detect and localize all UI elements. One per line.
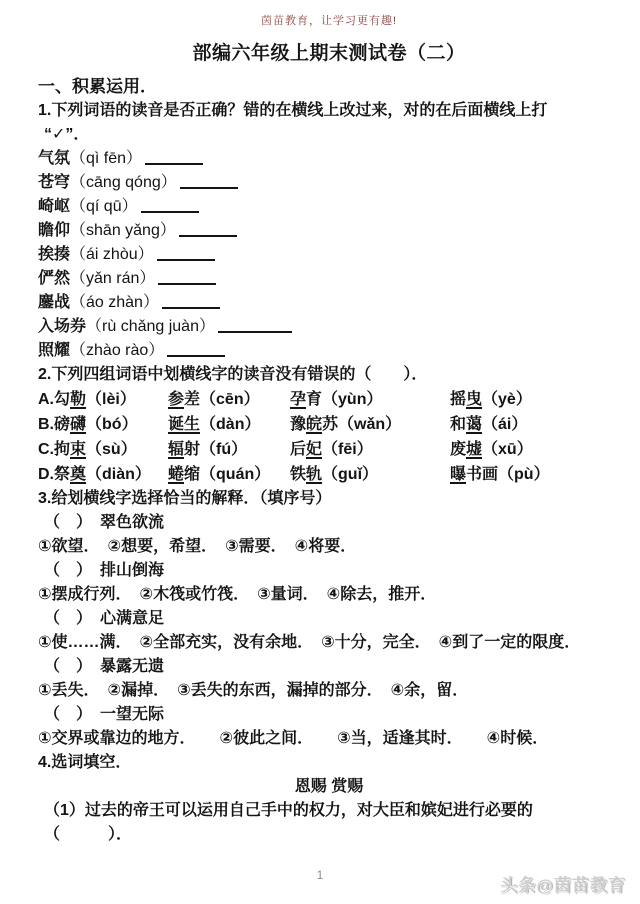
answer-paren: （ ） [44,658,92,675]
q4-word-bank: 恩赐 赏赐 [38,775,620,799]
q1-pinyin: （rù chǎng juàn） [86,318,215,335]
section-heading: 一、积累运用． [38,74,620,99]
q1-item: 苍穹（cāng qóng） [38,171,620,195]
q2-prompt: 2.下列四组词语中划横线字的读音没有错误的（ ）． [38,363,620,387]
q1-pinyin: （cāng qóng） [70,174,177,191]
q3-choices-line: ①交界或靠边的地方． ②彼此之间． ③当，适逢其时． ④时候． [38,727,620,751]
q3-idiom-line: （ ）排山倒海 [38,559,620,583]
q2-cell: 铁轨（guǐ） [290,462,450,487]
idiom-text: 翠色欲流 [100,514,164,531]
answer-blank [141,197,199,213]
q1-pinyin: （qì fēn） [70,150,142,167]
watermark: 头条@茵苗教育 [500,871,626,896]
underlined-char: 孕 [290,391,306,408]
q2-cell: 孕育（yùn） [290,387,450,412]
underlined-char: 辐 [168,441,184,458]
underlined-char: 妃 [306,441,322,458]
q3-idiom-line: （ ）翠色欲流 [38,511,620,535]
underlined-char: 蔼 [466,416,482,433]
q1-item: 入场券（rù chǎng juàn） [38,315,620,339]
answer-blank [167,341,225,357]
q4-prompt: 4.选词填空． [38,751,620,775]
q2-cell: 和蔼（ái） [450,412,620,437]
q2-cell: C.拘束（sù） [38,437,168,462]
q1-prompt-line2: “✓”． [38,123,620,147]
idiom-text: 心满意足 [100,610,164,627]
q1-prompt-line1: 1.下列词语的读音是否正确？错的在横线上改过来，对的在后面横线上打 [38,99,620,123]
underlined-char: 曳 [466,391,482,408]
q2-cell: 辐射（fú） [168,437,290,462]
q1-pinyin: （zhào rào） [70,342,164,359]
answer-blank [158,269,216,285]
idiom-text: 一望无际 [100,706,164,723]
answer-paren: （ ） [44,514,92,531]
q4-answer-line: （ ）． [38,823,620,847]
q1-item: 鏖战（áo zhàn） [38,291,620,315]
underlined-char: 曝 [450,466,466,483]
answer-blank [218,317,292,333]
answer-blank [179,221,237,237]
underlined-char: 奠 [70,466,86,483]
q3-choices-line: ①丢失． ②漏掉． ③丢失的东西，漏掉的部分． ④余，留． [38,679,620,703]
q3-choices-line: ①使……满． ②全部充实，没有余地． ③十分，完全． ④到了一定的限度． [38,631,620,655]
q1-pinyin: （yǎn rán） [70,270,155,287]
q1-word: 崎岖 [38,198,70,215]
q2-cell: 参差（cēn） [168,387,290,412]
underlined-char: 皖 [306,416,322,433]
q1-word: 苍穹 [38,174,70,191]
idiom-text: 暴露无遗 [100,658,164,675]
q1-item: 瞻仰（shān yǎng） [38,219,620,243]
q1-pinyin: （áo zhàn） [70,294,159,311]
q2-cell: 后妃（fēi） [290,437,450,462]
answer-paren: （ ） [44,562,92,579]
answer-blank [180,173,238,189]
q2-cell: B.磅礴（bó） [38,412,168,437]
q1-word: 瞻仰 [38,222,70,239]
q3-idiom-line: （ ）一望无际 [38,703,620,727]
q1-pinyin: （shān yǎng） [70,222,176,239]
q2-cell: D.祭奠（diàn） [38,462,168,487]
q1-word: 气氛 [38,150,70,167]
q3-choices-line: ①欲望． ②想要，希望． ③需要． ④将要． [38,535,620,559]
q1-item: 挨揍（ái zhòu） [38,243,620,267]
q3-idiom-line: （ ）暴露无遗 [38,655,620,679]
page-content: 茵苗教育，让学习更有趣! 部编六年级上期末测试卷（二） 一、积累运用． 1.下列… [0,0,640,847]
q2-row-d: D.祭奠（diàn） 蜷缩（quán） 铁轨（guǐ） 曝书画（pù） [38,462,620,487]
answer-paren: （ ） [44,610,92,627]
q1-pinyin: （ái zhòu） [70,246,154,263]
q2-row-c: C.拘束（sù） 辐射（fú） 后妃（fēi） 废墟（xū） [38,437,620,462]
underlined-char: 礴 [70,416,86,433]
q1-item: 俨然（yǎn rán） [38,267,620,291]
q1-word: 挨揍 [38,246,70,263]
underlined-char: 束 [70,441,86,458]
q2-cell: 蜷缩（quán） [168,462,290,487]
underlined-char: 诞生 [168,416,200,433]
q1-item: 气氛（qì fēn） [38,147,620,171]
answer-paren: （ ） [44,706,92,723]
q4-sentence-line1: （1）过去的帝王可以运用自己手中的权力，对大臣和嫔妃进行必要的 [38,799,620,823]
q2-cell: 废墟（xū） [450,437,620,462]
q1-item: 崎岖（qí qū） [38,195,620,219]
q1-word: 照耀 [38,342,70,359]
test-paper-page: 茵苗教育，让学习更有趣! 部编六年级上期末测试卷（二） 一、积累运用． 1.下列… [0,0,640,904]
q2-cell: 曝书画（pù） [450,462,620,487]
q2-cell: 豫皖苏（wǎn） [290,412,450,437]
q2-row-a: A.勾勒（lèi） 参差（cēn） 孕育（yùn） 摇曳（yè） [38,387,620,412]
underlined-char: 参 [168,391,184,408]
answer-blank [145,149,203,165]
answer-blank [162,293,220,309]
header-slogan: 茵苗教育，让学习更有趣! [38,12,620,30]
q2-cell: 摇曳（yè） [450,387,620,412]
q1-word: 入场券 [38,318,86,335]
idiom-text: 排山倒海 [100,562,164,579]
q2-cell: A.勾勒（lèi） [38,387,168,412]
underlined-char: 勒 [70,391,86,408]
q2-row-b: B.磅礴（bó） 诞生（dàn） 豫皖苏（wǎn） 和蔼（ái） [38,412,620,437]
q3-prompt: 3.给划横线字选择恰当的解释．（填序号） [38,487,620,511]
q1-word: 鏖战 [38,294,70,311]
q2-cell: 诞生（dàn） [168,412,290,437]
underlined-char: 轨 [306,466,322,483]
q1-word: 俨然 [38,270,70,287]
q1-item: 照耀（zhào rào） [38,339,620,363]
q3-choices-line: ①摆成行列． ②木筏或竹筏． ③量词． ④除去，推开． [38,583,620,607]
underlined-char: 墟 [466,441,482,458]
page-title: 部编六年级上期末测试卷（二） [38,38,620,65]
q3-idiom-line: （ ）心满意足 [38,607,620,631]
q1-pinyin: （qí qū） [70,198,138,215]
answer-blank [157,245,215,261]
underlined-char: 蜷 [168,466,184,483]
q2-options-table: A.勾勒（lèi） 参差（cēn） 孕育（yùn） 摇曳（yè） B.磅礴（bó… [38,387,620,487]
